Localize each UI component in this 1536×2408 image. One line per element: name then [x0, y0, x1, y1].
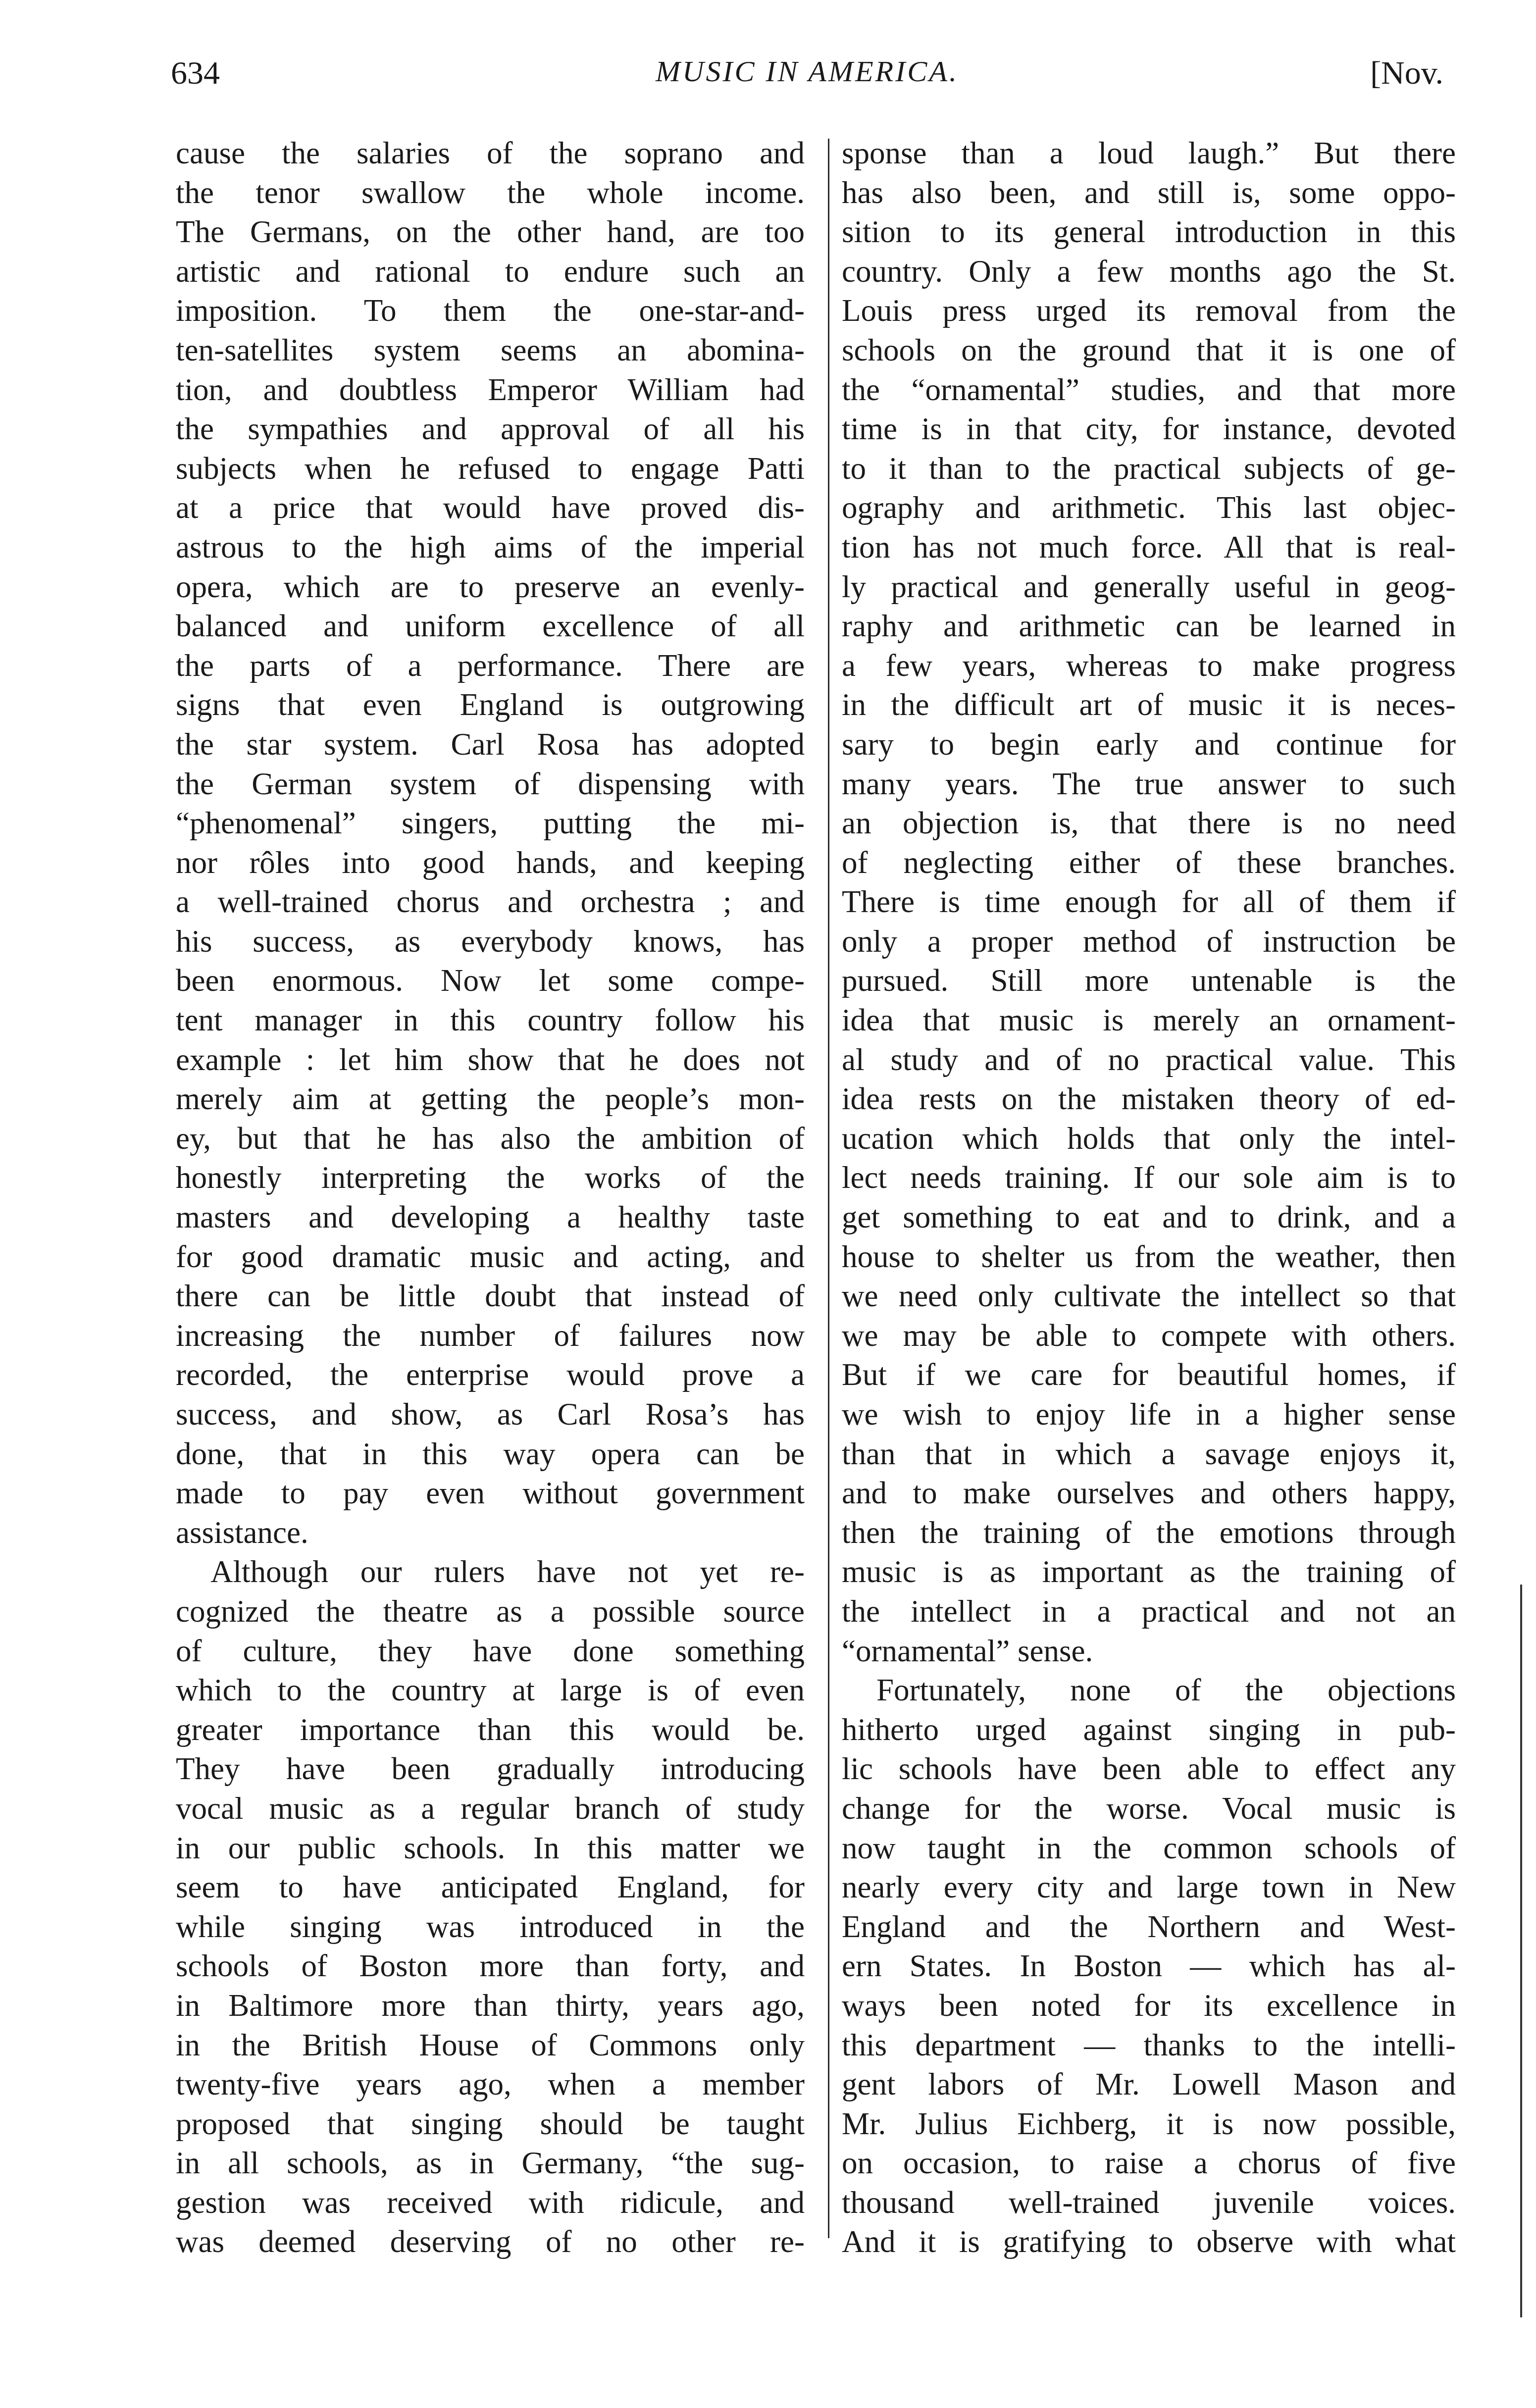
page-header: 634 MUSIC IN AMERICA. [Nov.: [171, 54, 1443, 99]
text-line: music is as important as the training of: [842, 1552, 1456, 1592]
text-line: artistic and rational to endure such an: [176, 252, 805, 292]
text-line: only a proper method of instruction be: [842, 922, 1456, 962]
text-line: idea rests on the mistaken theory of ed-: [842, 1079, 1456, 1119]
text-line: tion, and doubtless Emperor William had: [176, 370, 805, 410]
text-line: gestion was received with ridicule, and: [176, 2183, 805, 2223]
text-line: raphy and arithmetic can be learned in: [842, 607, 1456, 646]
text-line: the star system. Carl Rosa has adopted: [176, 725, 805, 765]
text-line: tion has not much force. All that is rea…: [842, 528, 1456, 567]
text-line: in the difficult art of music it is nece…: [842, 685, 1456, 725]
text-line: gent labors of Mr. Lowell Mason and: [842, 2065, 1456, 2104]
text-line: lect needs training. If our sole aim is …: [842, 1158, 1456, 1198]
text-line: an objection is, that there is no need: [842, 804, 1456, 843]
right-column: sponse than a loud laugh.” But therehas …: [842, 134, 1456, 2262]
text-line: ly practical and generally useful in geo…: [842, 567, 1456, 607]
text-line: But if we care for beautiful homes, if: [842, 1355, 1456, 1395]
text-line: greater importance than this would be.: [176, 1710, 805, 1750]
text-line: honestly interpreting the works of the: [176, 1158, 805, 1198]
text-line: now taught in the common schools of: [842, 1829, 1456, 1868]
text-line: masters and developing a healthy taste: [176, 1198, 805, 1237]
text-line: increasing the number of failures now: [176, 1316, 805, 1356]
text-line: example : let him show that he does not: [176, 1040, 805, 1080]
text-line: been enormous. Now let some compe-: [176, 961, 805, 1001]
text-line: al study and of no practical value. This: [842, 1040, 1456, 1080]
text-line: nor rôles into good hands, and keeping: [176, 843, 805, 883]
text-line: at a price that would have proved dis-: [176, 488, 805, 528]
text-line: ways been noted for its excellence in: [842, 1986, 1456, 2026]
text-line: ucation which holds that only the intel-: [842, 1119, 1456, 1159]
text-line: signs that even England is outgrowing: [176, 685, 805, 725]
text-line: “phenomenal” singers, putting the mi-: [176, 804, 805, 843]
text-line: vocal music as a regular branch of study: [176, 1789, 805, 1829]
text-line: many years. The true answer to such: [842, 765, 1456, 804]
text-line: idea that music is merely an ornament-: [842, 1001, 1456, 1040]
text-line: a well-trained chorus and orchestra ; an…: [176, 882, 805, 922]
text-line: in the British House of Commons only: [176, 2026, 805, 2065]
text-line: of culture, they have done something: [176, 1632, 805, 1671]
text-line: cause the salaries of the soprano and: [176, 134, 805, 173]
text-line: made to pay even without government: [176, 1474, 805, 1513]
text-line: then the training of the emotions throug…: [842, 1513, 1456, 1553]
text-line: done, that in this way opera can be: [176, 1435, 805, 1474]
text-line: schools of Boston more than forty, and: [176, 1947, 805, 1986]
text-line: They have been gradually introducing: [176, 1749, 805, 1789]
text-line: thousand well-trained juvenile voices.: [842, 2183, 1456, 2223]
text-line: opera, which are to preserve an evenly-: [176, 567, 805, 607]
text-line: his success, as everybody knows, has: [176, 922, 805, 962]
text-line: while singing was introduced in the: [176, 1907, 805, 1947]
text-line: sary to begin early and continue for: [842, 725, 1456, 765]
text-line: a few years, whereas to make progress: [842, 646, 1456, 686]
text-line: on occasion, to raise a chorus of five: [842, 2144, 1456, 2183]
text-line: assistance.: [176, 1513, 805, 1553]
text-line: of neglecting either of these branches.: [842, 843, 1456, 883]
text-line: has also been, and still is, some oppo-: [842, 173, 1456, 213]
text-line: Louis press urged its removal from the: [842, 291, 1456, 331]
text-line: ey, but that he has also the ambition of: [176, 1119, 805, 1159]
text-line: proposed that singing should be taught: [176, 2104, 805, 2144]
text-line: we need only cultivate the intellect so …: [842, 1277, 1456, 1316]
text-line: Although our rulers have not yet re-: [176, 1552, 805, 1592]
text-line: in Baltimore more than thirty, years ago…: [176, 1986, 805, 2026]
text-line: the parts of a performance. There are: [176, 646, 805, 686]
text-line: success, and show, as Carl Rosa’s has: [176, 1395, 805, 1435]
text-line: astrous to the high aims of the imperial: [176, 528, 805, 567]
text-line: tent manager in this country follow his: [176, 1001, 805, 1040]
left-column: cause the salaries of the soprano andthe…: [176, 134, 805, 2262]
text-line: house to shelter us from the weather, th…: [842, 1237, 1456, 1277]
text-line: seem to have anticipated England, for: [176, 1868, 805, 1907]
text-line: hitherto urged against singing in pub-: [842, 1710, 1456, 1750]
text-line: ern States. In Boston — which has al-: [842, 1947, 1456, 1986]
text-line: for good dramatic music and acting, and: [176, 1237, 805, 1277]
text-line: the tenor swallow the whole income.: [176, 173, 805, 213]
text-line: the German system of dispensing with: [176, 765, 805, 804]
text-line: cognized the theatre as a possible sourc…: [176, 1592, 805, 1632]
text-line: which to the country at large is of even: [176, 1671, 805, 1710]
text-line: get something to eat and to drink, and a: [842, 1198, 1456, 1237]
text-line: There is time enough for all of them if: [842, 882, 1456, 922]
text-line: we may be able to compete with others.: [842, 1316, 1456, 1356]
text-line: imposition. To them the one-star-and-: [176, 291, 805, 331]
text-line: country. Only a few months ago the St.: [842, 252, 1456, 292]
text-line: the intellect in a practical and not an: [842, 1592, 1456, 1632]
text-line: pursued. Still more untenable is the: [842, 961, 1456, 1001]
scan-edge-mark: [1520, 1585, 1522, 2317]
text-line: And it is gratifying to observe with wha…: [842, 2222, 1456, 2262]
text-line: in our public schools. In this matter we: [176, 1829, 805, 1868]
text-line: Fortunately, none of the objections: [842, 1671, 1456, 1710]
text-line: in all schools, as in Germany, “the sug-: [176, 2144, 805, 2183]
text-line: the “ornamental” studies, and that more: [842, 370, 1456, 410]
text-line: to it than to the practical subjects of …: [842, 449, 1456, 489]
text-line: sition to its general introduction in th…: [842, 212, 1456, 252]
text-line: sponse than a loud laugh.” But there: [842, 134, 1456, 173]
issue-label: [Nov.: [1370, 54, 1443, 92]
text-line: ten-satellites system seems an abomina-: [176, 331, 805, 370]
text-line: change for the worse. Vocal music is: [842, 1789, 1456, 1829]
column-divider: [828, 139, 829, 2238]
text-line: balanced and uniform excellence of all: [176, 607, 805, 646]
text-line: merely aim at getting the people’s mon-: [176, 1079, 805, 1119]
text-line: The Germans, on the other hand, are too: [176, 212, 805, 252]
text-line: lic schools have been able to effect any: [842, 1749, 1456, 1789]
text-line: this department — thanks to the intelli-: [842, 2026, 1456, 2065]
text-line: schools on the ground that it is one of: [842, 331, 1456, 370]
text-line: we wish to enjoy life in a higher sense: [842, 1395, 1456, 1435]
text-line: recorded, the enterprise would prove a: [176, 1355, 805, 1395]
text-line: twenty-five years ago, when a member: [176, 2065, 805, 2104]
text-line: the sympathies and approval of all his: [176, 410, 805, 449]
text-line: and to make ourselves and others happy,: [842, 1474, 1456, 1513]
text-line: “ornamental” sense.: [842, 1632, 1456, 1671]
text-line: than that in which a savage enjoys it,: [842, 1435, 1456, 1474]
text-line: time is in that city, for instance, devo…: [842, 410, 1456, 449]
text-line: there can be little doubt that instead o…: [176, 1277, 805, 1316]
text-line: subjects when he refused to engage Patti: [176, 449, 805, 489]
text-line: Mr. Julius Eichberg, it is now possible,: [842, 2104, 1456, 2144]
text-line: was deemed deserving of no other re-: [176, 2222, 805, 2262]
running-title: MUSIC IN AMERICA.: [171, 54, 1443, 89]
text-line: England and the Northern and West-: [842, 1907, 1456, 1947]
text-line: ography and arithmetic. This last objec-: [842, 488, 1456, 528]
text-line: nearly every city and large town in New: [842, 1868, 1456, 1907]
